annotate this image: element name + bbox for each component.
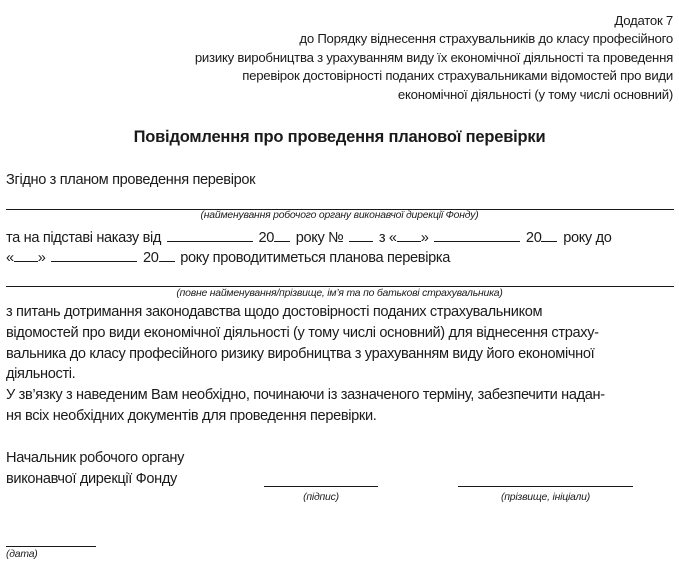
body-line: вальника до класу професійного ризику ви…	[6, 344, 674, 365]
position-line: Начальник робочого органу	[6, 448, 674, 469]
appendix-number: Додаток 7	[195, 12, 673, 30]
insurer-caption: (повне найменування/прізвище, ім’я та по…	[0, 288, 679, 299]
body-line: У зв’язку з наведеним Вам необхідно, поч…	[6, 385, 674, 406]
date-field[interactable]	[6, 546, 96, 547]
name-initials-caption: (прізвище, ініціали)	[458, 492, 633, 503]
order-text: та на підставі наказу від	[6, 230, 161, 246]
year-prefix: 20	[143, 250, 159, 266]
from-label: з «	[379, 230, 397, 246]
order-number-label: року №	[296, 230, 344, 246]
year-prefix: 20	[526, 230, 542, 246]
order-line-2: «» 20 року проводитиметься планова перев…	[6, 249, 450, 266]
until-label: року до	[563, 230, 611, 246]
open-quote: «	[6, 250, 14, 266]
signatory-position: Начальник робочого органу виконавчої дир…	[6, 448, 674, 490]
body-line: відомостей про види економічної діяльнос…	[6, 323, 674, 344]
close-quote: »	[421, 230, 429, 246]
appendix-line: перевірок достовірності поданих страхува…	[195, 67, 673, 85]
appendix-line: ризику виробництва з урахуванням виду їх…	[195, 49, 673, 67]
name-initials-field[interactable]	[458, 486, 633, 487]
fund-body-caption: (найменування робочого органу виконавчої…	[0, 210, 679, 221]
order-date-field[interactable]	[167, 229, 253, 242]
start-year-field[interactable]	[541, 229, 557, 242]
body-line: з питань дотримання законодавства щодо д…	[6, 302, 674, 323]
signature-caption: (підпис)	[264, 492, 378, 503]
appendix-line: до Порядку віднесення страхувальників до…	[195, 30, 673, 48]
document-page: Додаток 7 до Порядку віднесення страхува…	[0, 0, 679, 569]
signature-field[interactable]	[264, 486, 378, 487]
start-day-field[interactable]	[397, 229, 421, 242]
body-line: ня всіх необхідних документів для провед…	[6, 406, 674, 427]
appendix-header: Додаток 7 до Порядку віднесення страхува…	[195, 12, 673, 104]
order-line-1: та на підставі наказу від 20 року № з «»…	[6, 229, 612, 246]
end-day-field[interactable]	[14, 249, 38, 262]
end-year-field[interactable]	[159, 249, 175, 262]
close-quote: »	[38, 250, 46, 266]
insurer-name-field[interactable]	[6, 286, 674, 287]
order-number-field[interactable]	[349, 229, 373, 242]
start-month-field[interactable]	[434, 229, 520, 242]
appendix-line: економічної діяльності (у тому числі осн…	[195, 86, 673, 104]
date-caption: (дата)	[6, 549, 38, 560]
body-paragraph: з питань дотримання законодавства щодо д…	[6, 302, 674, 427]
body-line: діяльності.	[6, 364, 674, 385]
order-year-field[interactable]	[274, 229, 290, 242]
intro-text: Згідно з планом проведення перевірок	[6, 172, 255, 188]
inspection-text: року проводитиметься планова перевірка	[180, 250, 450, 266]
document-title: Повідомлення про проведення планової пер…	[0, 128, 679, 147]
end-month-field[interactable]	[51, 249, 137, 262]
year-prefix: 20	[258, 230, 274, 246]
